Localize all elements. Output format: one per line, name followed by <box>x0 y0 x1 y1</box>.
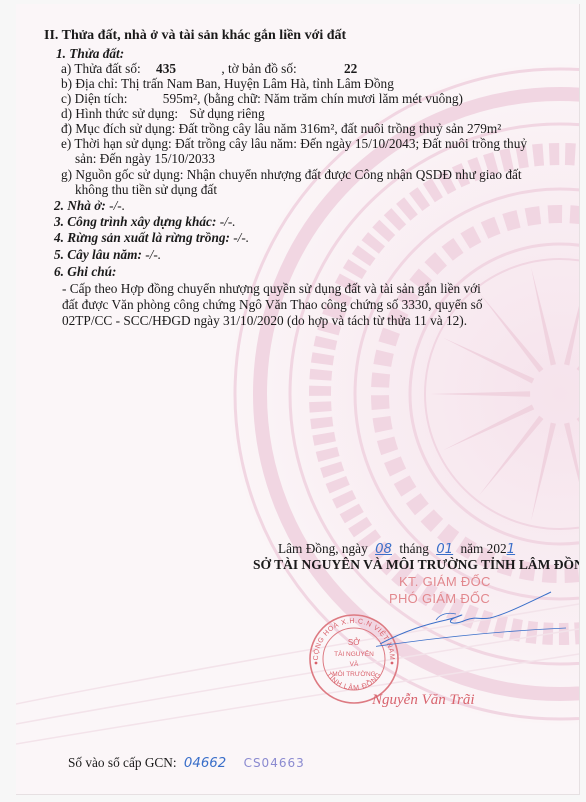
land-heading: 1. Thửa đất: <box>56 46 124 62</box>
notes-line2: đất được Văn phòng công chứng Ngô Văn Th… <box>62 297 482 313</box>
other-construction-row: 3. Công trình xây dựng khác: -/-. <box>54 214 236 230</box>
other-construction-value: -/-. <box>220 214 236 229</box>
svg-text:TÀI NGUYÊN: TÀI NGUYÊN <box>334 649 374 658</box>
perennial-row: 5. Cây lâu năm: -/-. <box>54 247 161 263</box>
usage-form-value: Sử dụng riêng <box>189 106 264 121</box>
usage-origin-line2: không thu tiền sử dụng đất <box>75 182 217 198</box>
date-year-digit: 1 <box>507 542 515 557</box>
land-parcel-row: a) Thửa đất số: 435 , tờ bản đồ số: 22 <box>61 61 357 77</box>
land-area-label: c) Diện tích: <box>61 91 127 106</box>
map-sheet-value: 22 <box>344 61 357 76</box>
parcel-number-value: 435 <box>156 61 176 76</box>
signer-name: Nguyễn Văn Trãi <box>372 692 475 709</box>
forest-row: 4. Rừng sản xuất là rừng trồng: -/-. <box>54 230 249 246</box>
house-heading: 2. Nhà ở: <box>54 198 106 213</box>
usage-term-line2: sản: Đến ngày 15/10/2033 <box>75 151 215 167</box>
handwritten-signature <box>376 584 576 654</box>
month-label: tháng <box>399 541 429 556</box>
svg-text:VÀ: VÀ <box>350 659 359 668</box>
place-date: Lâm Đồng, ngày 08 tháng 01 năm 2021 <box>278 541 515 558</box>
forest-heading: 4. Rừng sản xuất là rừng trồng: <box>54 230 230 245</box>
usage-form-row: d) Hình thức sử dụng: Sử dụng riêng <box>61 106 265 122</box>
other-construction-heading: 3. Công trình xây dựng khác: <box>54 214 216 229</box>
section-title: II. Thửa đất, nhà ở và tài sản khác gắn … <box>44 28 346 44</box>
land-address: b) Địa chỉ: Thị trấn Nam Ban, Huyện Lâm … <box>61 76 394 92</box>
svg-text:MÔI TRƯỜNG: MÔI TRƯỜNG <box>332 669 376 678</box>
registry-label: Số vào sổ cấp GCN: <box>68 755 177 770</box>
svg-text:SỞ: SỞ <box>348 638 360 647</box>
land-area-value: 595m², (bằng chữ: Năm trăm chín mươi lăm… <box>163 91 463 106</box>
notes-line1: - Cấp theo Hợp đồng chuyển nhượng quyền … <box>62 281 481 297</box>
map-sheet-label: , tờ bản đồ số: <box>221 61 296 76</box>
house-row: 2. Nhà ở: -/-. <box>54 198 125 214</box>
registry-row: Số vào sổ cấp GCN: 04662 CS04663 <box>68 755 305 772</box>
perennial-heading: 5. Cây lâu năm: <box>54 247 142 262</box>
usage-purpose: đ) Mục đích sử dụng: Đất trồng cây lâu n… <box>61 121 501 137</box>
usage-term-line1: e) Thời hạn sử dụng: Đất trồng cây lâu n… <box>61 136 527 152</box>
registry-handwritten-number: 04662 <box>184 756 226 771</box>
issuing-authority: SỞ TÀI NGUYÊN VÀ MÔI TRƯỜNG TỈNH LÂM ĐỒN… <box>253 557 580 573</box>
certificate-page: II. Thửa đất, nhà ở và tài sản khác gắn … <box>16 4 580 795</box>
forest-value: -/-. <box>233 230 249 245</box>
usage-form-label: d) Hình thức sử dụng: <box>61 106 178 121</box>
perennial-value: -/-. <box>145 247 161 262</box>
year-label: năm 202 <box>460 541 506 556</box>
land-area-row: c) Diện tích: 595m², (bằng chữ: Năm trăm… <box>61 91 463 107</box>
date-day: 08 <box>375 542 392 557</box>
notes-heading: 6. Ghi chú: <box>54 264 116 280</box>
place-date-prefix: Lâm Đồng, ngày <box>278 541 368 556</box>
house-value: -/-. <box>109 198 125 213</box>
notes-line3: 02TP/CC - SCC/HĐGD ngày 31/10/2020 (do h… <box>62 313 467 329</box>
date-month: 01 <box>436 542 453 557</box>
parcel-number-label: a) Thửa đất số: <box>61 61 141 76</box>
usage-origin-line1: g) Nguồn gốc sử dụng: Nhận chuyển nhượng… <box>61 167 522 183</box>
registry-stamped-number: CS04663 <box>244 756 305 770</box>
